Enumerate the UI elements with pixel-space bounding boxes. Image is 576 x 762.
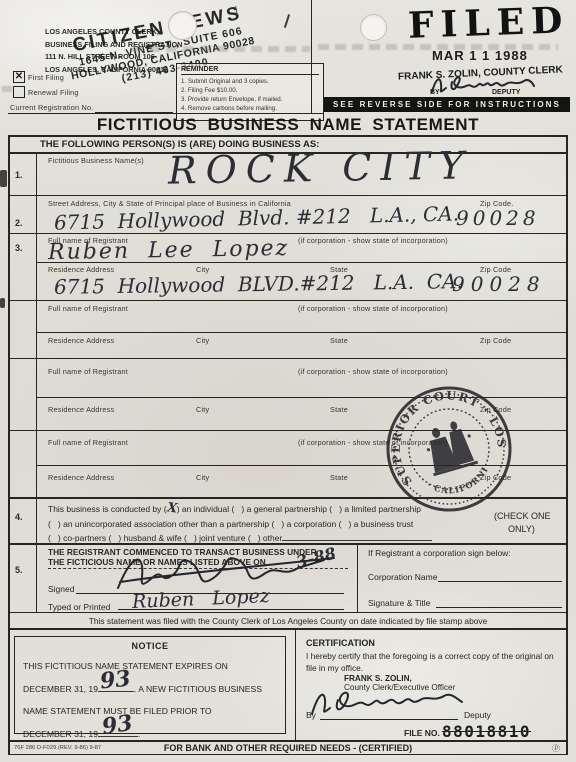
residence-zip-handwriting: 90028 (452, 272, 546, 296)
table-rule (8, 628, 568, 630)
row-number: 5. (15, 565, 23, 575)
table-rule (8, 233, 568, 234)
table-rule (8, 612, 568, 613)
registrant-name-label: Full name of Registrant (48, 304, 128, 313)
signed-label: Signed (48, 584, 74, 594)
conducted-by-line1: This business is conducted by (X) an ind… (48, 502, 432, 517)
deputy-signature (428, 72, 538, 98)
ghost-ink-band (2, 86, 12, 92)
reminder-item: 2. Filing Fee $10.00. (181, 86, 319, 95)
registrant-name-label: Full name of Registrant (48, 438, 128, 447)
scanned-form-page: LOS ANGELES COUNTY CLERK, BUSINESS FILIN… (0, 0, 576, 762)
notice-line2: DECEMBER 31, 1993. A NEW FICTITIOUS BUSI… (23, 683, 277, 694)
city-label: City (196, 336, 209, 345)
registrant-name-label: Full name of Registrant (48, 367, 128, 376)
table-rule (36, 332, 568, 333)
corporation-note-label: (if corporation - show state of incorpor… (298, 236, 448, 245)
filed-stamp: FILED (407, 0, 570, 47)
file-no-stamp: 88018810 (442, 722, 531, 742)
footer-bottom-rule (8, 754, 568, 755)
cert-deputy-label: Deputy (464, 710, 491, 720)
conducted-by-line2: ( ) an unincorporated association other … (48, 517, 432, 532)
footer-center-text: FOR BANK AND OTHER REQUIRED NEEDS - (CER… (0, 743, 576, 753)
corporation-note-label: (if corporation - show state of incorpor… (298, 367, 448, 376)
zip-label: Zip Code (480, 336, 511, 345)
ghost-ink-band (132, 46, 310, 52)
typed-printed-label: Typed or Printed (48, 602, 110, 612)
table-rule (8, 195, 568, 196)
registrant-name-handwriting: Ruben Lee Lopez (48, 236, 290, 265)
header-divider (311, 0, 312, 113)
printer-union-mark: Ⓟ (552, 743, 560, 754)
renewal-filing-checkbox (13, 86, 25, 98)
reminder-item: 4. Remove carbons before mailing. (181, 104, 319, 113)
signature-title-blank (436, 607, 562, 608)
table-rule (8, 543, 568, 545)
residence-value-handwriting: 6715 Hollywood BLVD.#212 L.A. CA. (54, 269, 463, 299)
bottom-divider (295, 628, 296, 740)
city-label: City (196, 405, 209, 414)
row1-label: Fictitious Business Name(s) (48, 156, 144, 165)
reverse-side-bar-text: SEE REVERSE SIDE FOR INSTRUCTIONS (333, 100, 561, 109)
table-rule (36, 262, 568, 263)
svg-text:SUPERIOR COURT · LOS ANGELES ·: SUPERIOR COURT · LOS ANGELES · COUNTY (384, 384, 514, 493)
table-rule (8, 135, 568, 137)
hole-punch (360, 14, 387, 41)
expire-year-blank: 93 (98, 683, 134, 692)
row1-value-handwriting: ROCK CITY (168, 143, 474, 192)
residence-label: Residence Address (48, 473, 114, 482)
row-number: 1. (15, 170, 23, 180)
row-number: 4. (15, 512, 23, 522)
state-label: State (330, 473, 348, 482)
certification-body: I hereby certify that the foregoing is a… (306, 651, 562, 674)
table-rule (8, 300, 568, 301)
scan-smudge (0, 298, 5, 308)
notice-line4: DECEMBER 31, 1993. (23, 728, 277, 739)
check-one-only-note: (CHECK ONE ONLY) (494, 510, 551, 536)
reverse-side-bar: SEE REVERSE SIDE FOR INSTRUCTIONS (324, 97, 570, 112)
filed-date-stamp: MAR 1 1 1988 (432, 48, 528, 63)
notice-line1: THIS FICTITIOUS NAME STATEMENT EXPIRES O… (23, 661, 277, 671)
conducted-by-x-mark: X (166, 501, 178, 517)
residence-label: Residence Address (48, 265, 114, 274)
refile-year-blank: 93 (98, 728, 138, 737)
expire-year-handwriting: 93 (99, 665, 132, 694)
current-registration-label: Current Registration No. (10, 103, 93, 112)
section5-divider (357, 543, 358, 612)
state-label: State (330, 336, 348, 345)
notice-title: NOTICE (23, 641, 277, 651)
certification-block: CERTIFICATION I hereby certify that the … (306, 638, 564, 674)
filed-note: This statement was filed with the County… (0, 616, 576, 626)
signature-title-label: Signature & Title (368, 598, 430, 608)
reminder-item: 1. Submit Original and 3 copies. (181, 77, 319, 86)
corporation-heading: If Registrant a corporation sign below: (368, 548, 511, 558)
reminder-title: REMINDER (181, 66, 319, 75)
row-number: 2. (15, 218, 23, 228)
corporation-note-label: (if corporation - show state of incorpor… (298, 304, 448, 313)
corporation-name-blank (438, 581, 562, 582)
residence-label: Residence Address (48, 336, 114, 345)
corporation-name-label: Corporation Name (368, 572, 437, 582)
footer-top-rule (8, 740, 568, 742)
state-label: State (330, 405, 348, 414)
notice-line3: NAME STATEMENT MUST BE FILED PRIOR TO (23, 706, 277, 716)
hole-punch (168, 11, 197, 40)
certification-title: CERTIFICATION (306, 638, 564, 648)
reminder-item: 3. Provide return Envelope, if mailed. (181, 95, 319, 104)
row-number: 3. (15, 243, 23, 253)
notice-box: NOTICE THIS FICTITIOUS NAME STATEMENT EX… (14, 636, 286, 734)
table-border-right (566, 135, 568, 755)
table-rule (8, 358, 568, 359)
form-title: FICTITIOUS BUSINESS NAME STATEMENT (0, 115, 576, 135)
residence-label: Residence Address (48, 405, 114, 414)
seal-ring-text: SUPERIOR COURT · LOS ANGELES · COUNTY (384, 384, 514, 493)
typed-blank (118, 609, 344, 610)
file-no-label: FILE NO. (404, 728, 440, 738)
scan-smudge (0, 170, 7, 187)
cert-deputy-signature (308, 682, 468, 722)
other-blank (282, 531, 432, 541)
table-border-left (8, 135, 10, 755)
row2-zip-handwriting: 90028 (456, 206, 540, 230)
superior-court-seal: SUPERIOR COURT · LOS ANGELES · COUNTY · … (384, 384, 514, 514)
refile-year-handwriting: 93 (100, 710, 134, 740)
city-label: City (196, 473, 209, 482)
seal-emblem-figures (421, 418, 479, 476)
ghost-ink-band (318, 44, 558, 50)
